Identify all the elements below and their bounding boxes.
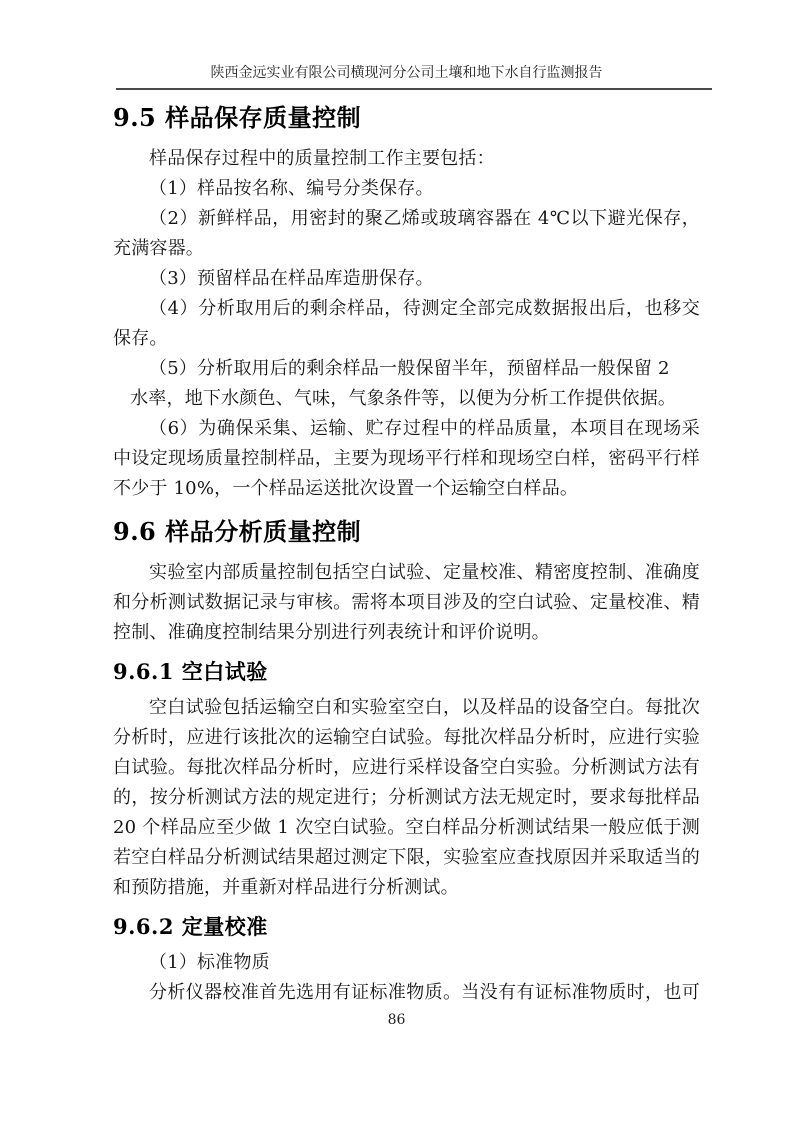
paragraph-line: （3）预留样品在样品库造册保存。: [113, 264, 700, 294]
document-body: 9.5 样品保存质量控制样品保存过程中的质量控制工作主要包括：（1）样品按名称、…: [113, 104, 700, 1008]
paragraph-line: （2）新鲜样品，用密封的聚乙烯或玻璃容器在 4℃以下避光保存，样品要: [113, 204, 700, 234]
paragraph-line: （5）分析取用后的剩余样品一般保留半年，预留样品一般保留 2 年。: [113, 354, 700, 384]
paragraph-line: （4）分析取用后的剩余样品，待测定全部完成数据报出后，也移交样品库: [113, 294, 700, 324]
paragraph-line: 分析时，应进行该批次的运输空白试验。每批次样品分析时，应进行实验室空: [113, 723, 700, 753]
paragraph-line: 白试验。每批次样品分析时，应进行采样设备空白实验。分析测试方法有规定: [113, 753, 700, 783]
section-heading-9-6-2: 9.6.2 定量校准: [113, 914, 700, 940]
paragraph-line: 的，按分析测试方法的规定进行；分析测试方法无规定时，要求每批样品或每: [113, 783, 700, 813]
header-rule: [116, 88, 712, 90]
paragraph-line: 样品保存过程中的质量控制工作主要包括：: [113, 144, 700, 174]
paragraph-line: 分析仪器校准首先选用有证标准物质。当没有有证标准物质时，也可用纯: [113, 978, 700, 1008]
section-heading-9-6: 9.6 样品分析质量控制: [113, 518, 700, 546]
document-page: 陕西金远实业有限公司横现河分公司土壤和地下水自行监测报告 9.5 样品保存质量控…: [0, 0, 793, 1122]
paragraph-line: 空白试验包括运输空白和实验室空白，以及样品的设备空白。每批次样品: [113, 693, 700, 723]
paragraph-line: （1）样品按名称、编号分类保存。: [113, 174, 700, 204]
paragraph-line: （1）标准物质: [113, 948, 700, 978]
paragraph-line: 若空白样品分析测试结果超过测定下限，实验室应查找原因并采取适当的纠正: [113, 843, 700, 873]
paragraph-line: 控制、准确度控制结果分别进行列表统计和评价说明。: [113, 618, 700, 648]
paragraph-line: 水率，地下水颜色、气味，气象条件等，以便为分析工作提供依据。: [113, 384, 700, 414]
paragraph-line: 实验室内部质量控制包括空白试验、定量校准、精密度控制、准确度控制: [113, 558, 700, 588]
paragraph-line: 充满容器。: [113, 234, 700, 264]
paragraph-line: 20 个样品应至少做 1 次空白试验。空白样品分析测试结果一般应低于测定下限。: [113, 813, 700, 843]
section-heading-9-6-1: 9.6.1 空白试验: [113, 659, 700, 685]
page-number: 86: [0, 1012, 793, 1028]
paragraph-line: 中设定现场质量控制样品，主要为现场平行样和现场空白样，密码平行样比例: [113, 444, 700, 474]
paragraph-line: （6）为确保采集、运输、贮存过程中的样品质量，本项目在现场采样过程: [113, 414, 700, 444]
paragraph-line: 和预防措施，并重新对样品进行分析测试。: [113, 873, 700, 903]
page-header-title: 陕西金远实业有限公司横现河分公司土壤和地下水自行监测报告: [113, 64, 700, 82]
section-heading-9-5: 9.5 样品保存质量控制: [113, 104, 700, 132]
paragraph-line: 保存。: [113, 324, 700, 354]
paragraph-line: 和分析测试数据记录与审核。需将本项目涉及的空白试验、定量校准、精密度: [113, 588, 700, 618]
paragraph-line: 不少于 10%，一个样品运送批次设置一个运输空白样品。: [113, 474, 700, 504]
